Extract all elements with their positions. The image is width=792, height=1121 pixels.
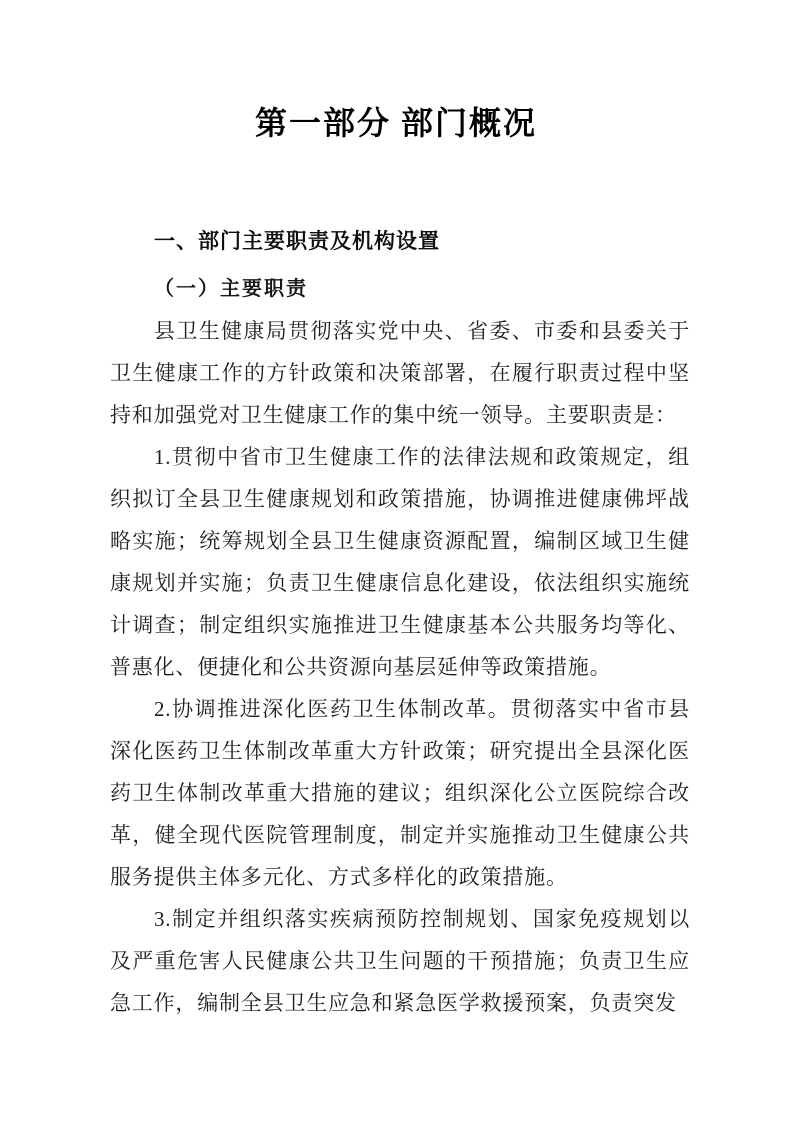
paragraph-duty-2: 2.协调推进深化医药卫生体制改革。贯彻落实中省市县深化医药卫生体制改革重大方针政… xyxy=(110,688,690,898)
paragraph-duty-1: 1.贯彻中省市卫生健康工作的法律法规和政策规定，组织拟订全县卫生健康规划和政策措… xyxy=(110,436,690,688)
document-title: 第一部分 部门概况 xyxy=(0,98,792,144)
document-body: 一、部门主要职责及机构设置 （一）主要职责 县卫生健康局贯彻落实党中央、省委、市… xyxy=(110,221,690,1024)
subsection-heading-main-duties: （一）主要职责 xyxy=(110,268,690,310)
document-page: 第一部分 部门概况 一、部门主要职责及机构设置 （一）主要职责 县卫生健康局贯彻… xyxy=(0,0,792,1121)
paragraph-intro: 县卫生健康局贯彻落实党中央、省委、市委和县委关于卫生健康工作的方针政策和决策部署… xyxy=(110,310,690,436)
paragraph-duty-3: 3.制定并组织落实疾病预防控制规划、国家免疫规划以及严重危害人民健康公共卫生问题… xyxy=(110,898,690,1024)
section-heading-main-duties-and-structure: 一、部门主要职责及机构设置 xyxy=(110,221,690,263)
